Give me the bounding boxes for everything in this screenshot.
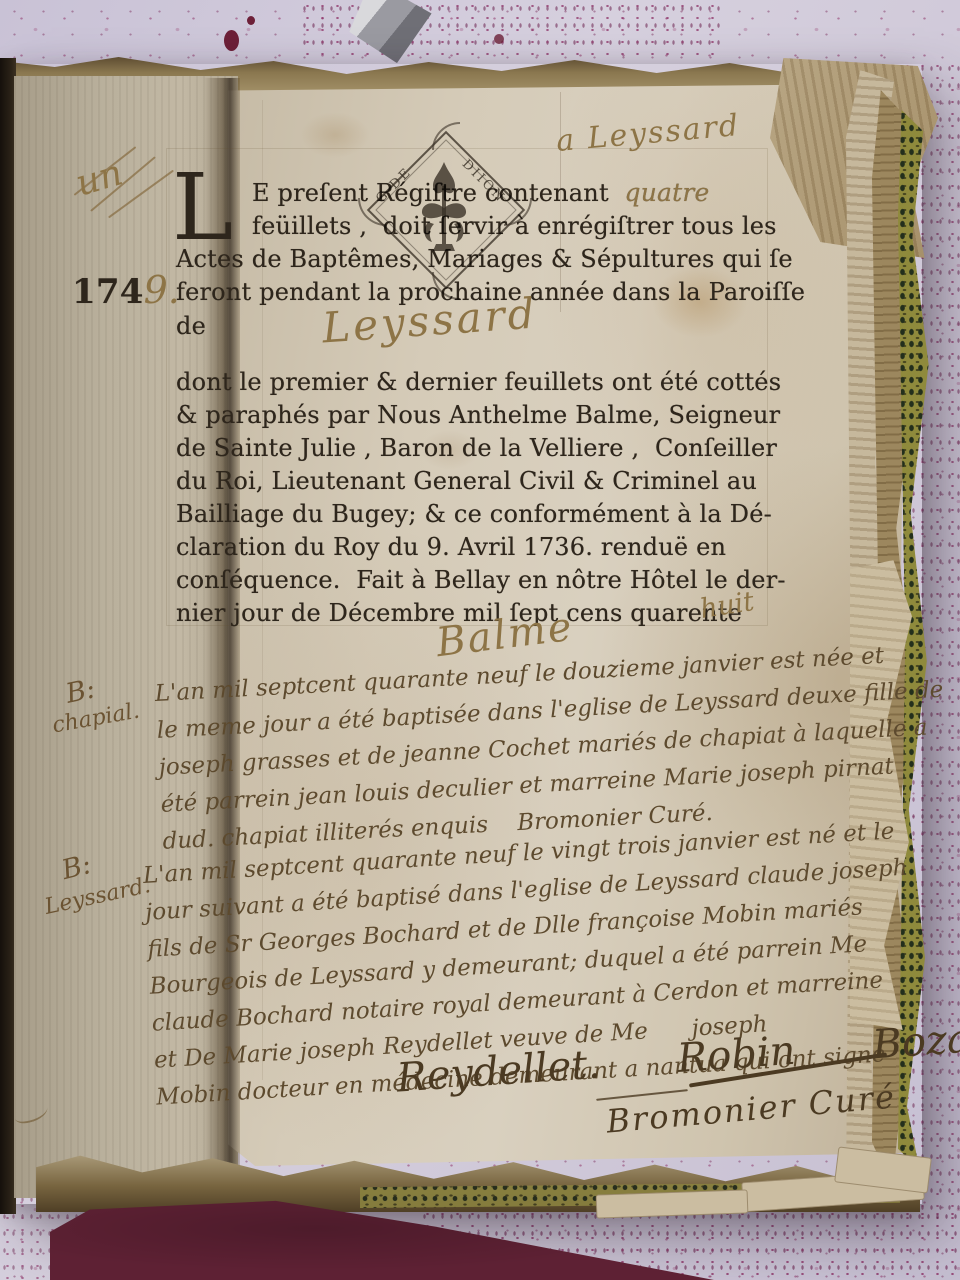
print-line: claration du Roy du 9. Avril 1736. rendu… — [176, 531, 726, 564]
handwritten-quatre: quatre — [624, 178, 709, 207]
print-line: conſéquence. Fait à Bellay en nôtre Hôte… — [176, 564, 786, 597]
year-printed: 174 — [72, 272, 144, 312]
stamp-sprig — [358, 198, 386, 226]
print-line: & paraphés par Nous Anthelme Balme, Seig… — [176, 399, 780, 432]
print-line: de Sainte Julie , Baron de la Velliere ,… — [176, 432, 777, 465]
margin-entry1-initial: B: — [63, 673, 98, 709]
margin-year: 1749. — [72, 268, 180, 312]
fleur-de-lis-icon — [418, 160, 470, 260]
print-line: Bailliage du Bugey; & ce conformément à … — [176, 498, 772, 531]
print-line: dont le premier & dernier feuillets ont … — [176, 366, 781, 399]
stamp-sprig — [432, 122, 460, 150]
tax-stamp: G·DE DIION — [356, 116, 534, 304]
print-line: de — [176, 310, 206, 343]
stamp-sprig — [432, 272, 460, 300]
stamp-sprig — [504, 198, 532, 226]
print-line: du Roi, Lieutenant General Civil & Crimi… — [176, 465, 757, 498]
photo-of-parish-register: un 1749. a Leyssard L E preſent Régiſtre… — [0, 0, 960, 1280]
year-handwritten: 9. — [144, 268, 180, 312]
paint-blotch — [494, 34, 504, 44]
paint-blotch — [247, 16, 255, 25]
drop-cap: L — [172, 172, 233, 244]
paint-blotch — [224, 30, 239, 51]
